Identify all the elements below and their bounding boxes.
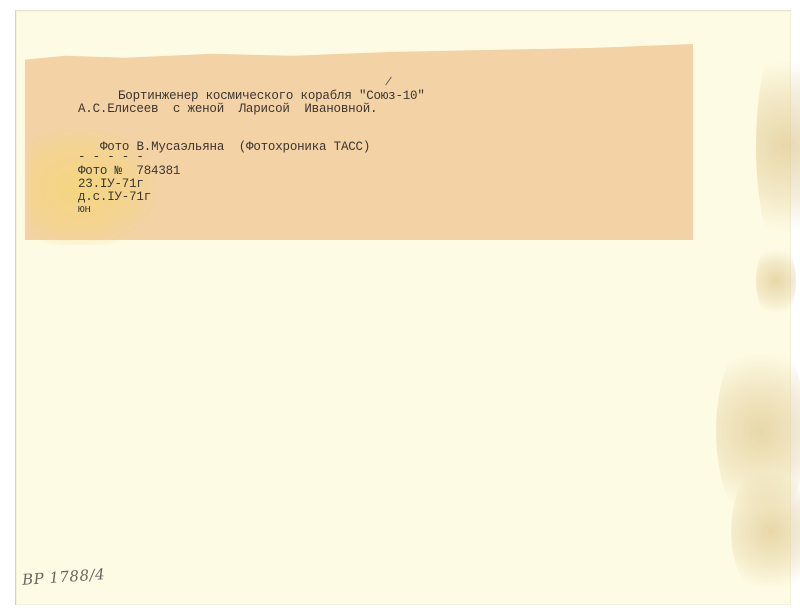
caption-line-2: А.С.Елисеев с женой Ларисой Ивановной. (78, 103, 377, 116)
foxing-stain (731, 461, 800, 601)
typist-initials: юн (78, 204, 91, 217)
foxing-stain (756, 241, 796, 321)
separator-dashes: - - - - - (78, 151, 144, 164)
foxing-stain (756, 31, 800, 261)
date-line-2: д.с.IУ-71г (78, 191, 151, 204)
